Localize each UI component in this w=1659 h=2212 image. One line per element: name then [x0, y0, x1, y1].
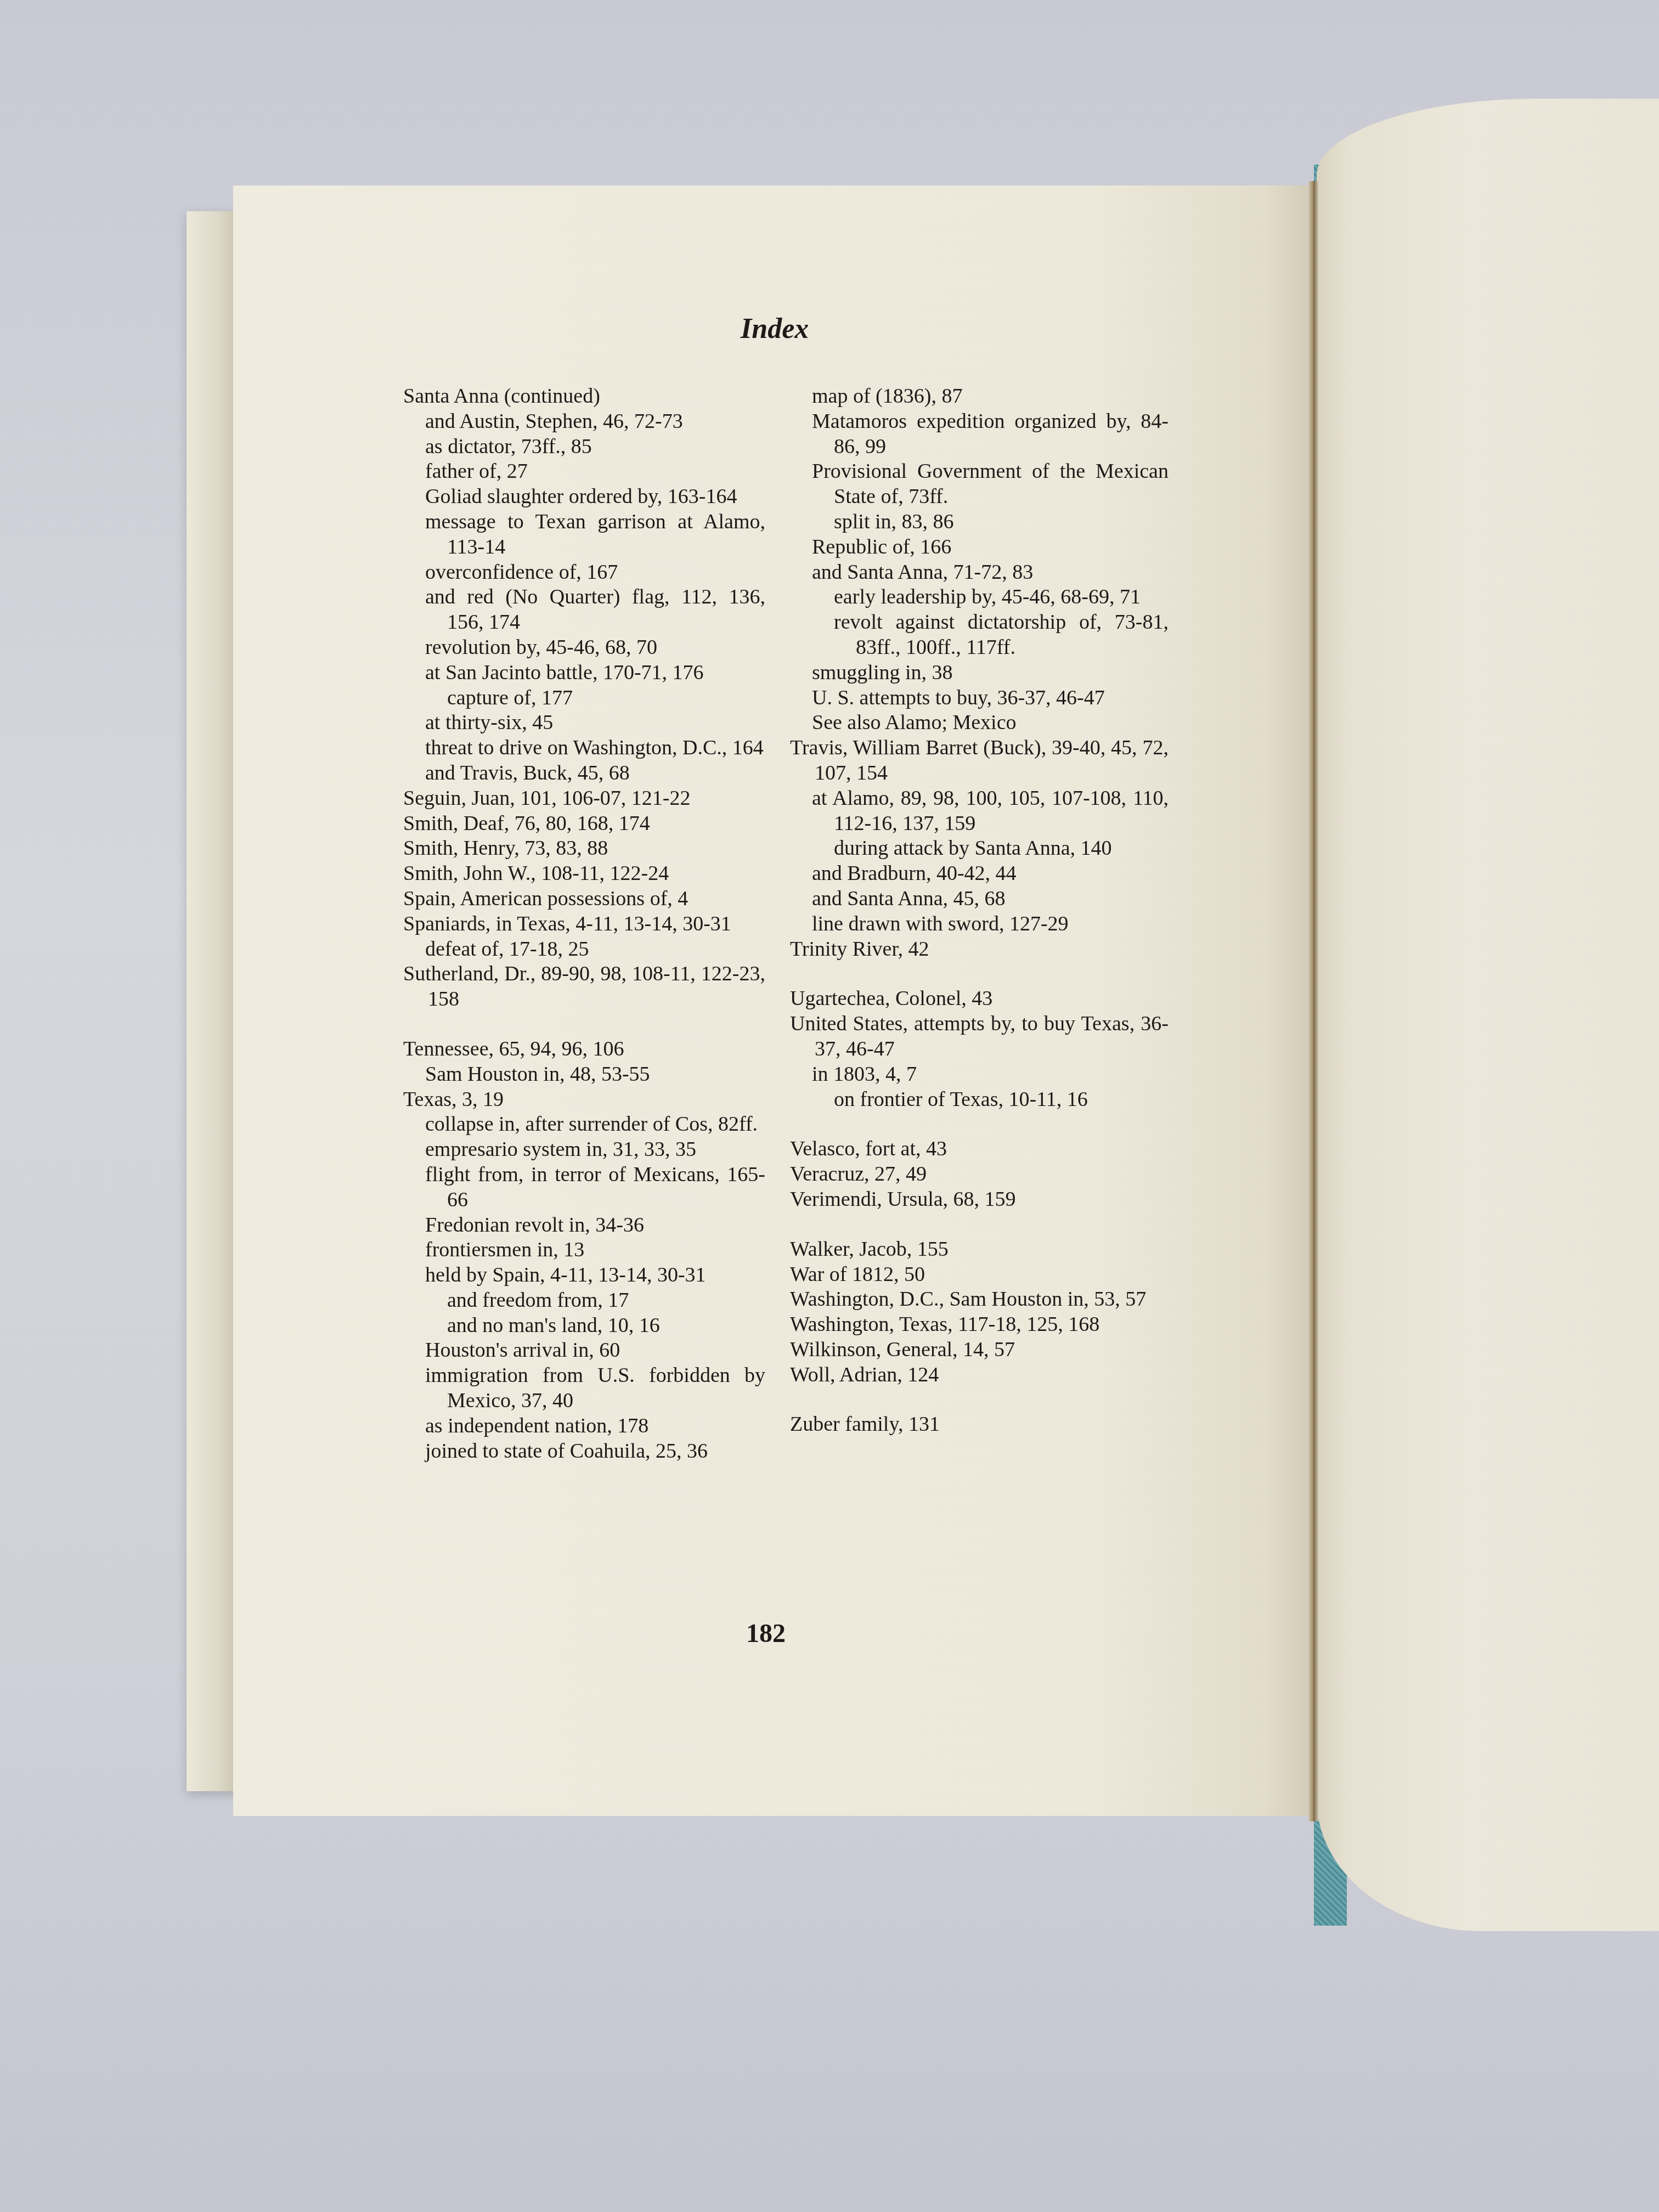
index-heading-entry: Sutherland, Dr., 89-90, 98, 108-11, 122-…: [403, 962, 765, 1012]
index-heading-entry: Tennessee, 65, 94, 96, 106: [403, 1037, 765, 1062]
index-subentry: Provisional Government of the Mexican St…: [790, 459, 1169, 510]
index-subentry: and Travis, Buck, 45, 68: [403, 761, 765, 786]
index-subentry: defeat of, 17-18, 25: [403, 937, 765, 962]
index-heading-entry: War of 1812, 50: [790, 1262, 1169, 1288]
index-subentry: threat to drive on Washington, D.C., 164: [403, 736, 765, 761]
index-subentry: Sam Houston in, 48, 53-55: [403, 1062, 765, 1087]
index-heading-entry: Washington, Texas, 117-18, 125, 168: [790, 1312, 1169, 1338]
index-heading-entry: Wilkinson, General, 14, 57: [790, 1338, 1169, 1363]
index-heading-entry: Smith, Henry, 73, 83, 88: [403, 836, 765, 861]
index-subentry: capture of, 177: [403, 686, 765, 711]
index-heading-entry: Trinity River, 42: [790, 937, 1169, 962]
index-subentry: map of (1836), 87: [790, 384, 1169, 409]
index-subentry: and freedom from, 17: [403, 1288, 765, 1313]
index-heading-entry: Santa Anna (continued): [403, 384, 765, 409]
index-subentry: at thirty-six, 45: [403, 710, 765, 736]
index-heading-entry: Spain, American possessions of, 4: [403, 887, 765, 912]
index-subentry: line drawn with sword, 127-29: [790, 912, 1169, 937]
index-heading-entry: Velasco, fort at, 43: [790, 1137, 1169, 1162]
index-heading-entry: Spaniards, in Texas, 4-11, 13-14, 30-31: [403, 912, 765, 937]
index-heading-entry: Smith, John W., 108-11, 122-24: [403, 861, 765, 887]
index-subentry: at San Jacinto battle, 170-71, 176: [403, 661, 765, 686]
book-gutter: [1308, 181, 1318, 1821]
index-subentry: empresario system in, 31, 33, 35: [403, 1137, 765, 1163]
index-subentry: Fredonian revolt in, 34-36: [403, 1213, 765, 1238]
index-subentry: revolution by, 45-46, 68, 70: [403, 635, 765, 661]
index-subentry: message to Texan garrison at Alamo, 113-…: [403, 510, 765, 560]
letter-group-gap: [790, 1112, 1169, 1137]
index-subentry: smuggling in, 38: [790, 661, 1169, 686]
index-subentry: Matamoros expedition organized by, 84-86…: [790, 409, 1169, 460]
right-page-blank: [1317, 99, 1659, 1931]
book-cover-edge: [187, 211, 234, 1791]
index-subentry: and Bradburn, 40-42, 44: [790, 861, 1169, 887]
index-subentry: split in, 83, 86: [790, 510, 1169, 535]
index-subentry: as independent nation, 178: [403, 1414, 765, 1439]
index-subentry: and Santa Anna, 71-72, 83: [790, 560, 1169, 585]
index-subentry: Republic of, 166: [790, 535, 1169, 560]
index-subentry: and no man's land, 10, 16: [403, 1313, 765, 1339]
index-heading-entry: Verimendi, Ursula, 68, 159: [790, 1187, 1169, 1212]
index-column-right: map of (1836), 87Matamoros expedition or…: [790, 384, 1169, 1437]
letter-group-gap: [790, 962, 1169, 986]
index-subentry: and Austin, Stephen, 46, 72-73: [403, 409, 765, 435]
index-subentry: and red (No Quarter) flag, 112, 136, 156…: [403, 585, 765, 635]
index-heading-entry: Seguin, Juan, 101, 106-07, 121-22: [403, 786, 765, 811]
index-heading-entry: Travis, William Barret (Buck), 39-40, 45…: [790, 736, 1169, 786]
index-heading-entry: Zuber family, 131: [790, 1412, 1169, 1437]
index-heading-entry: Walker, Jacob, 155: [790, 1237, 1169, 1262]
index-subentry: overconfidence of, 167: [403, 560, 765, 585]
running-head: Index: [741, 313, 809, 345]
index-subentry: on frontier of Texas, 10-11, 16: [790, 1087, 1169, 1113]
letter-group-gap: [403, 1012, 765, 1037]
index-column-left: Santa Anna (continued)and Austin, Stephe…: [403, 384, 765, 1464]
index-heading-entry: Ugartechea, Colonel, 43: [790, 986, 1169, 1012]
index-heading-entry: Smith, Deaf, 76, 80, 168, 174: [403, 811, 765, 837]
index-subentry: as dictator, 73ff., 85: [403, 435, 765, 460]
index-subentry: Houston's arrival in, 60: [403, 1338, 765, 1363]
index-subentry: immigration from U.S. forbidden by Mexic…: [403, 1363, 765, 1414]
index-subentry: joined to state of Coahuila, 25, 36: [403, 1439, 765, 1464]
index-subentry: at Alamo, 89, 98, 100, 105, 107-108, 110…: [790, 786, 1169, 837]
letter-group-gap: [790, 1212, 1169, 1237]
index-heading-entry: Veracruz, 27, 49: [790, 1162, 1169, 1187]
index-subentry: collapse in, after surrender of Cos, 82f…: [403, 1112, 765, 1137]
index-subentry: and Santa Anna, 45, 68: [790, 887, 1169, 912]
index-heading-entry: Texas, 3, 19: [403, 1087, 765, 1113]
index-subentry: during attack by Santa Anna, 140: [790, 836, 1169, 861]
index-heading-entry: Woll, Adrian, 124: [790, 1363, 1169, 1388]
index-heading-entry: Washington, D.C., Sam Houston in, 53, 57: [790, 1287, 1169, 1312]
index-subentry: flight from, in terror of Mexicans, 165-…: [403, 1163, 765, 1213]
index-subentry: early leadership by, 45-46, 68-69, 71: [790, 585, 1169, 610]
index-subentry: in 1803, 4, 7: [790, 1062, 1169, 1087]
index-heading-entry: United States, attempts by, to buy Texas…: [790, 1012, 1169, 1062]
index-subentry: frontiersmen in, 13: [403, 1238, 765, 1263]
letter-group-gap: [790, 1387, 1169, 1412]
index-subentry: held by Spain, 4-11, 13-14, 30-31: [403, 1263, 765, 1288]
page-number: 182: [746, 1618, 786, 1649]
index-subentry: Goliad slaughter ordered by, 163-164: [403, 484, 765, 510]
index-subentry: See also Alamo; Mexico: [790, 710, 1169, 736]
index-subentry: revolt against dictatorship of, 73-81, 8…: [790, 610, 1169, 661]
index-subentry: father of, 27: [403, 459, 765, 484]
index-subentry: U. S. attempts to buy, 36-37, 46-47: [790, 686, 1169, 711]
